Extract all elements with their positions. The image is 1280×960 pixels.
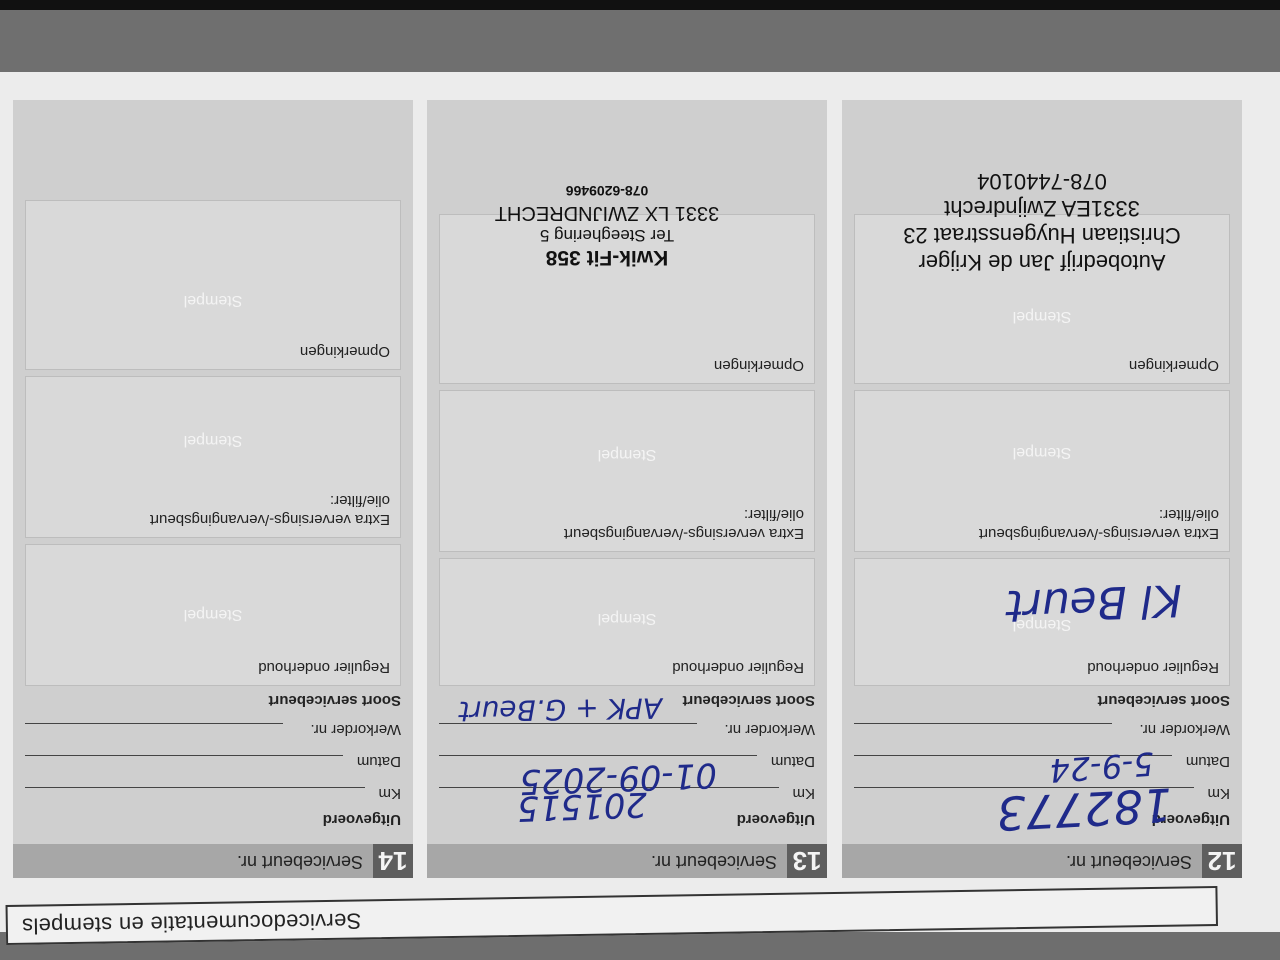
service-entry-14: 14 Servicebeurt nr. Uitgevoerd Km Datum … — [13, 100, 413, 878]
extra-label-line2: olie/filter: — [330, 492, 390, 509]
datum-label: Datum — [771, 753, 815, 770]
stamp-placeholder: Stempel — [26, 605, 400, 623]
stamp-placeholder: Stempel — [440, 445, 814, 463]
stamp-line: Autobedrijf Jan de Krijger — [842, 249, 1242, 276]
datum-field[interactable]: Datum — [842, 747, 1242, 779]
km-label: Km — [793, 785, 816, 802]
regulier-label: Regulier onderhoud — [672, 658, 804, 677]
extra-panel: Extra verversings-/vervangingsbeurtolie/… — [854, 390, 1230, 552]
stamp-placeholder: Stempel — [26, 431, 400, 449]
stamp-placeholder: Stempel — [855, 443, 1229, 461]
extra-panel: Extra verversings-/vervangingsbeurtolie/… — [25, 376, 401, 538]
stamp-line: Ter Steeghering 5 — [427, 224, 787, 246]
regulier-panel: Regulier onderhoud Stempel — [25, 544, 401, 686]
service-header: 13 Servicebeurt nr. — [427, 844, 827, 878]
stamp-placeholder: Stempel — [440, 609, 814, 627]
werkorder-label: Werkorder nr. — [310, 721, 401, 738]
extra-label-line1: Extra verversings-/vervangingsbeurt — [979, 525, 1219, 542]
regulier-label: Regulier onderhoud — [258, 658, 390, 677]
soort-label: Soort servicebeurt — [13, 692, 413, 715]
background-edge — [0, 0, 1280, 10]
extra-label: Extra verversings-/vervangingsbeurtolie/… — [150, 491, 390, 529]
stamp-line: 3331 LX ZWIJNDRECHT — [427, 202, 787, 224]
opmerkingen-label: Opmerkingen — [1129, 356, 1219, 375]
service-entry-12: 12 Servicebeurt nr. Uitgevoerd Km Datum … — [842, 100, 1242, 878]
opmerkingen-label: Opmerkingen — [714, 356, 804, 375]
opmerkingen-panel: Opmerkingen Stempel — [25, 200, 401, 370]
uitgevoerd-label: Uitgevoerd — [13, 811, 413, 834]
opmerkingen-label: Opmerkingen — [300, 342, 390, 361]
werkorder-label: Werkorder nr. — [1139, 721, 1230, 738]
stamp-line: 078-6209466 — [427, 180, 787, 202]
service-header: 14 Servicebeurt nr. — [13, 844, 413, 878]
stamp-line: Christiaan Huygensstraat 23 — [842, 222, 1242, 249]
service-entry-13: 13 Servicebeurt nr. Uitgevoerd Km Datum … — [427, 100, 827, 878]
garage-stamp: Autobedrijf Jan de Krijger Christiaan Hu… — [842, 168, 1242, 276]
service-number: 12 — [1202, 844, 1242, 878]
service-header: 12 Servicebeurt nr. — [842, 844, 1242, 878]
handwritten-soort: APK + G.Beurt — [459, 691, 662, 728]
garage-stamp: Kwik-Fit 358 Ter Steeghering 5 3331 LX Z… — [427, 180, 827, 268]
extra-label-line2: olie/filter: — [1159, 506, 1219, 523]
extra-label: Extra verversings-/vervangingsbeurtolie/… — [564, 505, 804, 543]
soort-label: Soort servicebeurt — [842, 692, 1242, 715]
stamp-placeholder: Stempel — [855, 307, 1229, 325]
datum-field[interactable]: Datum — [13, 747, 413, 779]
stamp-placeholder: Stempel — [26, 291, 400, 309]
werkorder-label: Werkorder nr. — [724, 721, 815, 738]
werkorder-field[interactable]: Werkorder nr. — [13, 715, 413, 747]
stamp-line: 3331EA Zwijndrecht — [842, 195, 1242, 222]
handwritten-datum: 01-09-2025 — [519, 755, 718, 802]
extra-label-line2: olie/filter: — [744, 506, 804, 523]
stamp-line: Kwik-Fit 358 — [427, 246, 787, 268]
stamp-line: 078-7440104 — [842, 168, 1242, 195]
service-nr-label: Servicebeurt nr. — [1066, 851, 1192, 872]
regulier-label: Regulier onderhoud — [1087, 658, 1219, 677]
werkorder-field[interactable]: Werkorder nr. — [842, 715, 1242, 747]
extra-label-line1: Extra verversings-/vervangingsbeurt — [564, 525, 804, 542]
datum-label: Datum — [357, 753, 401, 770]
km-field[interactable]: Km — [13, 779, 413, 811]
service-nr-label: Servicebeurt nr. — [237, 851, 363, 872]
extra-label: Extra verversings-/vervangingsbeurtolie/… — [979, 505, 1219, 543]
photo-stage: Servicedocumentatie en stempels 12 Servi… — [0, 0, 1280, 960]
datum-label: Datum — [1186, 753, 1230, 770]
extra-label-line1: Extra verversings-/vervangingsbeurt — [150, 511, 390, 528]
regulier-panel: Regulier onderhoud Stempel — [439, 558, 815, 686]
booklet-shadow — [0, 0, 1280, 72]
service-number: 13 — [787, 844, 827, 878]
handwritten-datum: 5-9-24 — [1048, 744, 1155, 789]
service-number: 14 — [373, 844, 413, 878]
section-title: Servicedocumentatie en stempels — [22, 907, 362, 938]
handwritten-regulier-note: Kl Beurt — [1006, 574, 1183, 631]
km-label: Km — [1208, 785, 1231, 802]
service-nr-label: Servicebeurt nr. — [651, 851, 777, 872]
km-label: Km — [379, 785, 402, 802]
extra-panel: Extra verversings-/vervangingsbeurtolie/… — [439, 390, 815, 552]
